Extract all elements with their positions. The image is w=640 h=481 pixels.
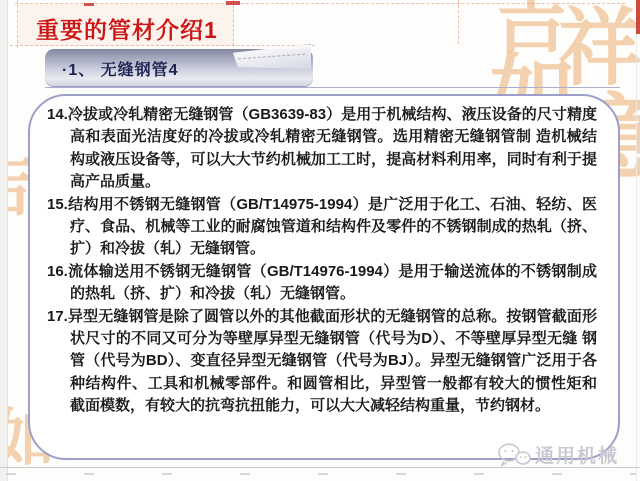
red-edge-mark — [636, 0, 640, 34]
slide-left-edge — [0, 0, 8, 481]
dashed-grid-line — [15, 3, 625, 4]
item-number: 14. — [47, 106, 68, 123]
red-dash-mark — [226, 1, 240, 5]
item-text: 冷拔或冷轧精密无缝钢管（GB3639-83）是用于机械结构、液压设备的尺寸精度高… — [68, 106, 597, 190]
item-text: 异型无缝钢管是除了圆管以外的其他截面形状的无缝钢管的总称。按钢管截面形状尺寸的不… — [68, 308, 597, 415]
list-item: 17.异型无缝钢管是除了圆管以外的其他截面形状的无缝钢管的总称。按钢管截面形状尺… — [47, 306, 597, 418]
dashed-grid-line — [17, 0, 18, 48]
wechat-icon — [497, 442, 531, 468]
list-item: 14.冷拔或冷轧精密无缝钢管（GB3639-83）是用于机械结构、液压设备的尺寸… — [47, 104, 597, 194]
paper-fold-decoration — [233, 44, 311, 69]
list-item: 15.结构用不锈钢无缝钢管（GB/T14975-1994）是广泛用于化工、石油、… — [47, 194, 597, 261]
brand-logo: 通用机械 — [497, 441, 619, 468]
item-number: 17. — [47, 308, 68, 325]
content-box: 14.冷拔或冷轧精密无缝钢管（GB3639-83）是用于机械结构、液压设备的尺寸… — [28, 94, 620, 460]
item-text: 结构用不锈钢无缝钢管（GB/T14975-1994）是广泛用于化工、石油、轻纺、… — [68, 196, 597, 258]
dashed-grid-line — [10, 45, 315, 46]
bottom-tick-marks — [6, 473, 636, 475]
list-item: 16.流体输送用不锈钢无缝钢管（GB/T14976-1994）是用于输送流体的不… — [47, 261, 597, 306]
item-number: 15. — [47, 196, 68, 213]
section-title: ·1、 无缝钢管4 — [62, 57, 179, 80]
dashed-grid-line — [233, 0, 234, 46]
section-bar-underline — [45, 87, 620, 88]
item-text: 流体输送用不锈钢无缝钢管（GB/T14976-1994）是用于输送流体的不锈钢制… — [68, 263, 597, 302]
slide-right-edge — [636, 0, 637, 481]
item-number: 16. — [47, 263, 68, 280]
page-title: 重要的管材介绍1 — [36, 12, 218, 45]
section-header-bar: ·1、 无缝钢管4 — [45, 49, 313, 86]
content-text: 14.冷拔或冷轧精密无缝钢管（GB3639-83）是用于机械结构、液压设备的尺寸… — [47, 104, 597, 418]
red-dash-mark — [84, 3, 94, 6]
dashed-grid-line — [458, 0, 459, 44]
logo-label: 通用机械 — [535, 441, 619, 468]
